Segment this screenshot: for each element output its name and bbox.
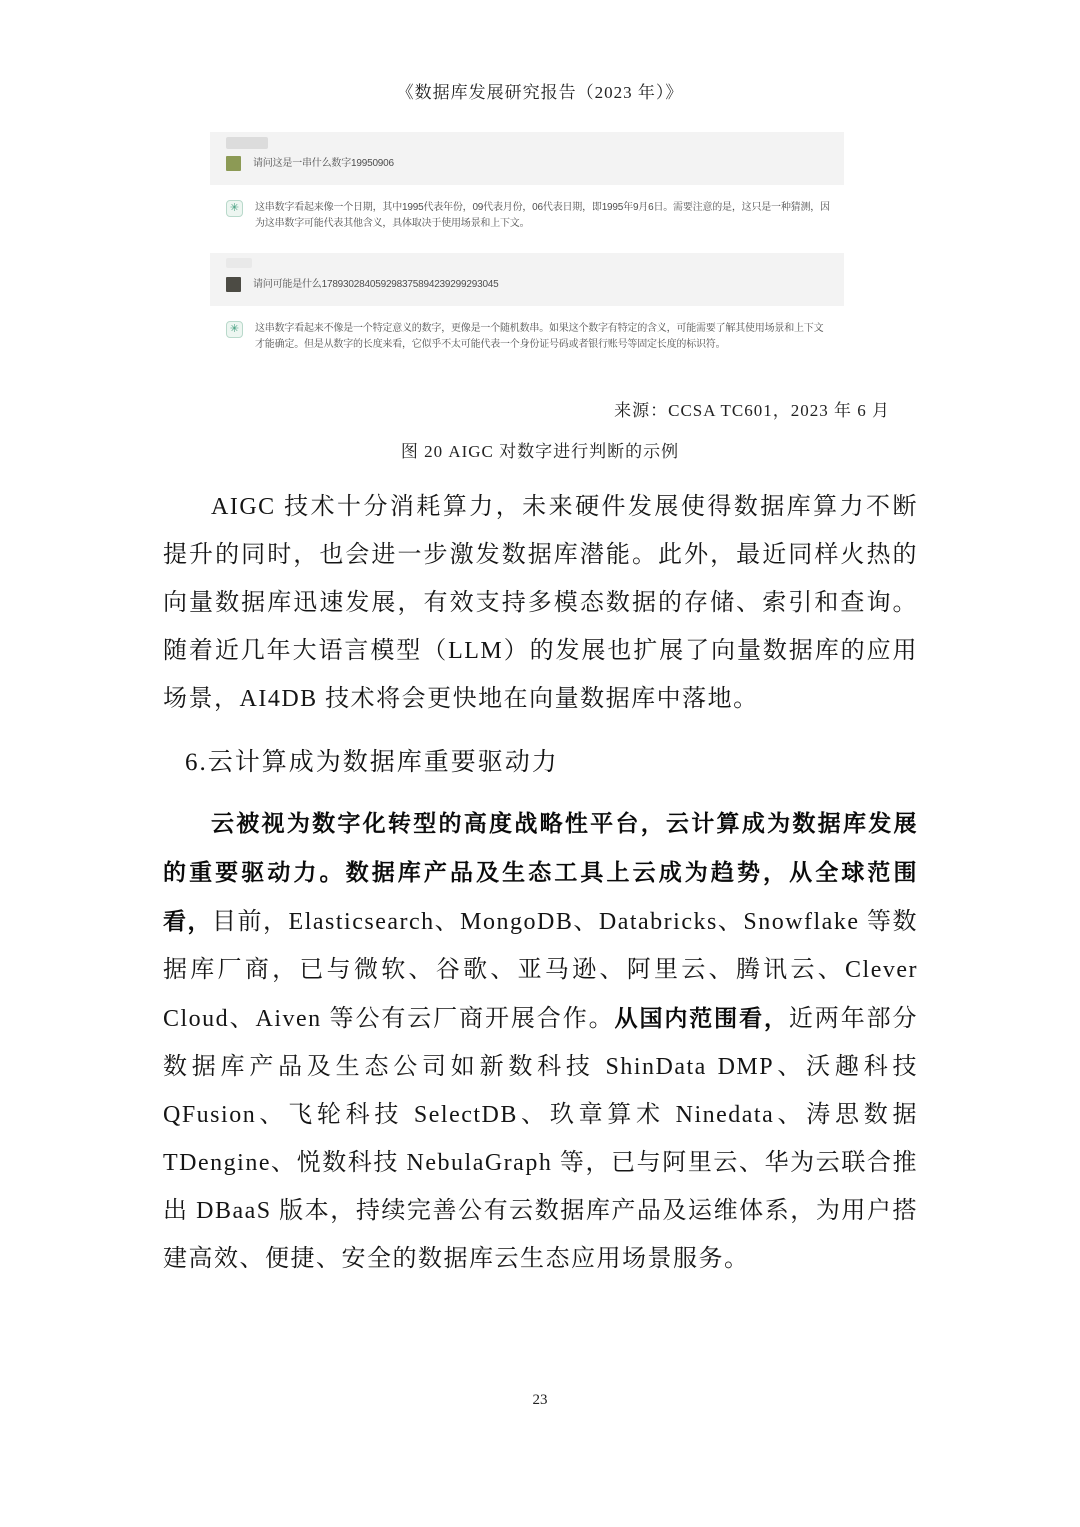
figure-source: 来源：CCSA TC601，2023 年 6 月 (614, 396, 890, 421)
chat-assistant-message: 这串数字看起来像一个日期，其中1995代表年份，09代表月份，06代表日期，即1… (255, 200, 830, 232)
user-avatar (226, 277, 241, 292)
page-number: 23 (0, 1392, 1080, 1409)
chatgpt-knot-icon: ✳ (226, 200, 243, 217)
section-heading-6: 6.云计算成为数据库重要驱动力 (185, 740, 918, 786)
redacted-username (226, 258, 252, 268)
text-run: 近两年部分数据库产品及生态公司如新数科技 ShinData DMP、沃趣科技 Q… (163, 1006, 918, 1272)
user-avatar (226, 156, 241, 171)
document-header-title: 《数据库发展研究报告（2023 年）》 (0, 78, 1080, 103)
chat-screenshot: 请问这是一串什么数字19950906 ✳ 这串数字看起来像一个日期，其中1995… (210, 132, 844, 353)
paragraph-cloud-driver: 云被视为数字化转型的高度战略性平台，云计算成为数据库发展的重要驱动力。数据库产品… (163, 799, 918, 1283)
report-page: 《数据库发展研究报告（2023 年）》 请问这是一串什么数字19950906 ✳… (0, 0, 1080, 1527)
redacted-username (226, 137, 268, 149)
chat-user-message-row: 请问可能是什么178930284059298375894239299293045 (210, 253, 844, 306)
chat-user-message: 请问这是一串什么数字19950906 (253, 156, 394, 172)
chat-user-message: 请问可能是什么178930284059298375894239299293045 (253, 277, 499, 293)
chat-assistant-message: 这串数字看起来不像是一个特定意义的数字，更像是一个随机数串。如果这个数字有特定的… (255, 321, 830, 353)
paragraph-aigc-compute: AIGC 技术十分消耗算力，未来硬件发展使得数据库算力不断提升的同时，也会进一步… (163, 483, 918, 723)
bold-run: 从国内范围看， (615, 1005, 789, 1031)
figure-caption: 图 20 AIGC 对数字进行判断的示例 (0, 437, 1080, 462)
chat-assistant-message-row: ✳ 这串数字看起来不像是一个特定意义的数字，更像是一个随机数串。如果这个数字有特… (210, 321, 844, 353)
chat-user-message-row: 请问这是一串什么数字19950906 (210, 132, 844, 185)
chatgpt-knot-icon: ✳ (226, 321, 243, 338)
chat-assistant-message-row: ✳ 这串数字看起来像一个日期，其中1995代表年份，09代表月份，06代表日期，… (210, 200, 844, 232)
body-text: AIGC 技术十分消耗算力，未来硬件发展使得数据库算力不断提升的同时，也会进一步… (163, 483, 918, 1283)
